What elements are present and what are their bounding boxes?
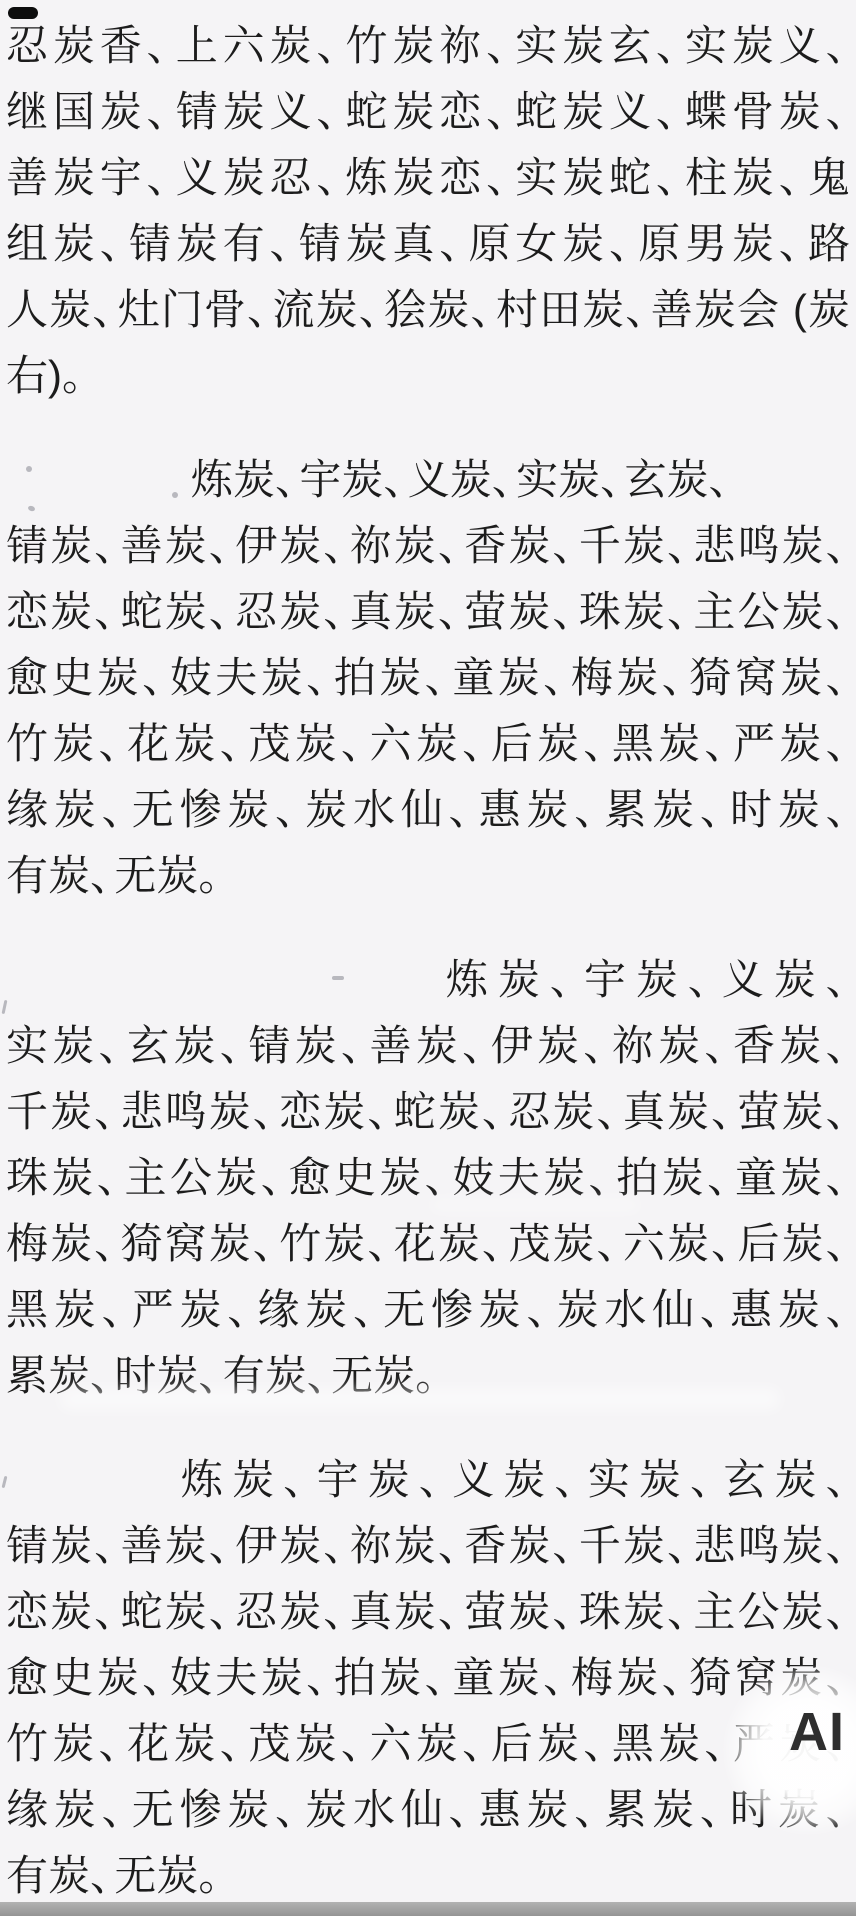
text-line: 炼炭、宇炭、义炭、实炭、玄炭、 [6,447,850,513]
text-line: 有炭、无炭。 [6,1843,850,1909]
text-line: 千炭、悲鸣炭、恋炭、蛇炭、忍炭、真炭、萤炭、 [6,1079,850,1145]
bottom-bar [0,1902,856,1916]
paragraph: 忍炭香、上六炭、竹炭祢、实炭玄、实炭义、 继国炭、锖炭义、蛇炭恋、蛇炭义、蝶骨炭… [6,13,850,409]
text-line: 恋炭、蛇炭、忍炭、真炭、萤炭、珠炭、主公炭、 [6,1579,850,1645]
text-line: 缘炭、无惨炭、炭水仙、惠炭、累炭、时炭、 [6,777,850,843]
text-line: 炼炭、宇炭、义炭、 [6,947,850,1013]
document-page: 忍炭香、上六炭、竹炭祢、实炭玄、实炭义、 继国炭、锖炭义、蛇炭恋、蛇炭义、蝶骨炭… [0,0,856,1916]
text-line: 组炭、锖炭有、锖炭真、原女炭、原男炭、路 [6,211,850,277]
smudge-mark [172,492,178,498]
text-line: 黑炭、严炭、缘炭、无惨炭、炭水仙、惠炭、 [6,1277,850,1343]
text-line: 竹炭、花炭、茂炭、六炭、后炭、黑炭、严炭、 [6,711,850,777]
text-line: 善炭宇、义炭忍、炼炭恋、实炭蛇、柱炭、鬼 [6,145,850,211]
text-content: 忍炭香、上六炭、竹炭祢、实炭玄、实炭义、 继国炭、锖炭义、蛇炭恋、蛇炭义、蝶骨炭… [0,13,856,1909]
smudge-streak [60,1388,780,1410]
text-line: 右)。 [6,343,850,409]
smudge-mark [26,466,32,472]
text-line: 炼炭、宇炭、义炭、实炭、玄炭、 [6,1447,850,1513]
paragraph: 炼炭、宇炭、义炭、实炭、玄炭、 锖炭、善炭、伊炭、祢炭、香炭、千炭、悲鸣炭、 恋… [6,1447,850,1909]
text-line: 愈史炭、妓夫炭、拍炭、童炭、梅炭、猗窝炭、 [6,645,850,711]
text-line: 锖炭、善炭、伊炭、祢炭、香炭、千炭、悲鸣炭、 [6,513,850,579]
paragraph: 炼炭、宇炭、义炭、实炭、玄炭、 锖炭、善炭、伊炭、祢炭、香炭、千炭、悲鸣炭、 恋… [6,447,850,909]
paragraph: 炼炭、宇炭、义炭、 实炭、玄炭、锖炭、善炭、伊炭、祢炭、香炭、 千炭、悲鸣炭、恋… [6,947,850,1409]
text-line: 珠炭、主公炭、愈史炭、妓夫炭、拍炭、童炭、 [6,1145,850,1211]
text-line: 忍炭香、上六炭、竹炭祢、实炭玄、实炭义、 [6,13,850,79]
text-line: 有炭、无炭。 [6,843,850,909]
text-line: 缘炭、无惨炭、炭水仙、惠炭、累炭、时炭、 [6,1777,850,1843]
text-line: 梅炭、猗窝炭、竹炭、花炭、茂炭、六炭、后炭、 [6,1211,850,1277]
text-line: 恋炭、蛇炭、忍炭、真炭、萤炭、珠炭、主公炭、 [6,579,850,645]
smudge-mark [332,976,344,980]
text-line: 继国炭、锖炭义、蛇炭恋、蛇炭义、蝶骨炭、 [6,79,850,145]
ai-watermark-label: AI [789,1705,845,1759]
text-line: 愈史炭、妓夫炭、拍炭、童炭、梅炭、猗窝炭、 [6,1645,850,1711]
text-line: 锖炭、善炭、伊炭、祢炭、香炭、千炭、悲鸣炭、 [6,1513,850,1579]
smudge-streak [430,1198,640,1212]
text-line: 人炭、灶门骨、流炭、狯炭、村田炭、善炭会 (炭 [6,277,850,343]
text-line: 实炭、玄炭、锖炭、善炭、伊炭、祢炭、香炭、 [6,1013,850,1079]
